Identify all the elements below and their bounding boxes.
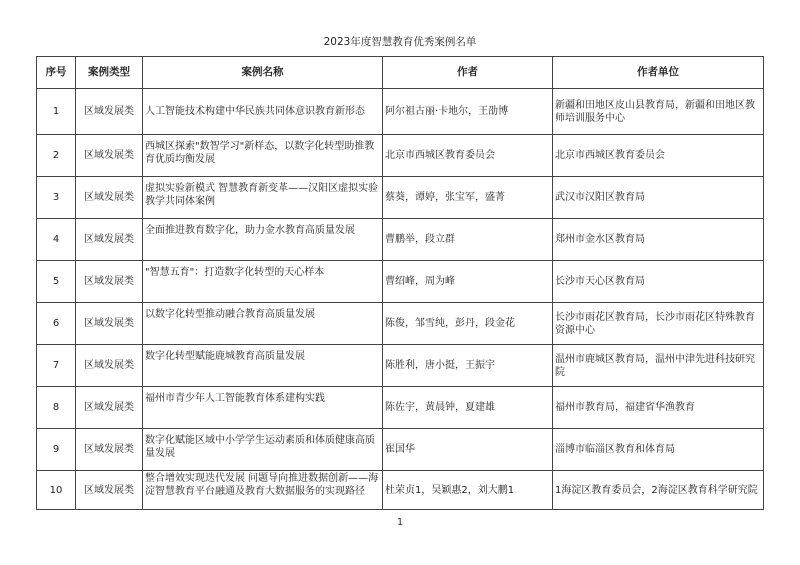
table-row: 1 区域发展类 人工智能技术构建中华民族共同体意识教育新形态 阿尔祖古丽·卡地尔…: [37, 89, 764, 135]
cell-type: 区域发展类: [76, 89, 143, 135]
cell-type: 区域发展类: [76, 135, 143, 177]
cell-type: 区域发展类: [76, 177, 143, 219]
cell-type: 区域发展类: [76, 471, 143, 510]
cell-no: 8: [37, 387, 76, 429]
cell-org: 长沙市雨花区教育局，长沙市雨花区特殊教育资源中心: [553, 303, 764, 345]
cell-author: 杜荣贞1，吴颖惠2，刘大鹏1: [383, 471, 553, 510]
cell-name: 虚拟实验新模式 智慧教育新变革——汉阳区虚拟实验教学共同体案例: [143, 177, 383, 219]
table-header-row: 序号 案例类型 案例名称 作者 作者单位: [37, 57, 764, 89]
table-row: 2 区域发展类 西城区探索"数智学习"新样态，以数字化转型助推教育优质均衡发展 …: [37, 135, 764, 177]
cell-name: 数字化转型赋能鹿城教育高质量发展: [143, 345, 383, 387]
cell-no: 10: [37, 471, 76, 510]
table-row: 3 区域发展类 虚拟实验新模式 智慧教育新变革——汉阳区虚拟实验教学共同体案例 …: [37, 177, 764, 219]
cell-name: 福州市青少年人工智能教育体系建构实践: [143, 387, 383, 429]
cell-no: 9: [37, 429, 76, 471]
cell-org: 淄博市临淄区教育和体育局: [553, 429, 764, 471]
header-author: 作者: [383, 57, 553, 89]
header-name: 案例名称: [143, 57, 383, 89]
cell-author: 蔡葵，谭婷，张宝军，盛菁: [383, 177, 553, 219]
cell-author: 陈佐宇，黄晨钟，夏建雄: [383, 387, 553, 429]
cell-no: 3: [37, 177, 76, 219]
header-org: 作者单位: [553, 57, 764, 89]
cell-type: 区域发展类: [76, 303, 143, 345]
cell-type: 区域发展类: [76, 345, 143, 387]
table-row: 10 区域发展类 整合增效实现迭代发展 问题导向推进数据创新——海淀智慧教育平台…: [37, 471, 764, 510]
cell-org: 长沙市天心区教育局: [553, 261, 764, 303]
cell-name: 以数字化转型推动融合教育高质量发展: [143, 303, 383, 345]
table-row: 4 区域发展类 全面推进教育数字化，助力金水教育高质量发展 曹鹏举，段立群 郑州…: [37, 219, 764, 261]
cell-type: 区域发展类: [76, 387, 143, 429]
table-row: 6 区域发展类 以数字化转型推动融合教育高质量发展 陈俊，邹雪纯，彭丹，段金花 …: [37, 303, 764, 345]
cell-name: 西城区探索"数智学习"新样态，以数字化转型助推教育优质均衡发展: [143, 135, 383, 177]
cell-no: 7: [37, 345, 76, 387]
cell-name: 全面推进教育数字化，助力金水教育高质量发展: [143, 219, 383, 261]
cell-org: 福州市教育局，福建省华渔教育: [553, 387, 764, 429]
case-list-table: 序号 案例类型 案例名称 作者 作者单位 1 区域发展类 人工智能技术构建中华民…: [36, 56, 764, 510]
cell-name: 整合增效实现迭代发展 问题导向推进数据创新——海淀智慧教育平台融通及教育大数据服…: [143, 471, 383, 510]
table-row: 9 区域发展类 数字化赋能区域中小学学生运动素质和体质健康高质量发展 崔国华 淄…: [37, 429, 764, 471]
cell-author: 崔国华: [383, 429, 553, 471]
cell-no: 6: [37, 303, 76, 345]
cell-author: 陈胜利，唐小挺，王振宇: [383, 345, 553, 387]
page-number: 1: [0, 517, 800, 528]
cell-org: 北京市西城区教育委员会: [553, 135, 764, 177]
cell-name: 人工智能技术构建中华民族共同体意识教育新形态: [143, 89, 383, 135]
cell-author: 曹鹏举，段立群: [383, 219, 553, 261]
cell-name: "智慧五育"：打造数字化转型的天心样本: [143, 261, 383, 303]
cell-author: 北京市西城区教育委员会: [383, 135, 553, 177]
cell-name: 数字化赋能区域中小学学生运动素质和体质健康高质量发展: [143, 429, 383, 471]
cell-author: 阿尔祖古丽·卡地尔，王劭博: [383, 89, 553, 135]
table-row: 5 区域发展类 "智慧五育"：打造数字化转型的天心样本 曹绍峰，周为峰 长沙市天…: [37, 261, 764, 303]
cell-no: 4: [37, 219, 76, 261]
header-type: 案例类型: [76, 57, 143, 89]
cell-author: 陈俊，邹雪纯，彭丹，段金花: [383, 303, 553, 345]
table-row: 7 区域发展类 数字化转型赋能鹿城教育高质量发展 陈胜利，唐小挺，王振宇 温州市…: [37, 345, 764, 387]
cell-org: 1海淀区教育委员会，2海淀区教育科学研究院: [553, 471, 764, 510]
cell-type: 区域发展类: [76, 261, 143, 303]
cell-no: 5: [37, 261, 76, 303]
cell-no: 1: [37, 89, 76, 135]
table-row: 8 区域发展类 福州市青少年人工智能教育体系建构实践 陈佐宇，黄晨钟，夏建雄 福…: [37, 387, 764, 429]
cell-no: 2: [37, 135, 76, 177]
header-no: 序号: [37, 57, 76, 89]
cell-org: 郑州市金水区教育局: [553, 219, 764, 261]
cell-org: 武汉市汉阳区教育局: [553, 177, 764, 219]
cell-author: 曹绍峰，周为峰: [383, 261, 553, 303]
cell-type: 区域发展类: [76, 219, 143, 261]
document-title: 2023年度智慧教育优秀案例名单: [0, 34, 800, 49]
cell-org: 新疆和田地区皮山县教育局，新疆和田地区教师培训服务中心: [553, 89, 764, 135]
cell-type: 区域发展类: [76, 429, 143, 471]
cell-org: 温州市鹿城区教育局，温州中津先进科技研究院: [553, 345, 764, 387]
